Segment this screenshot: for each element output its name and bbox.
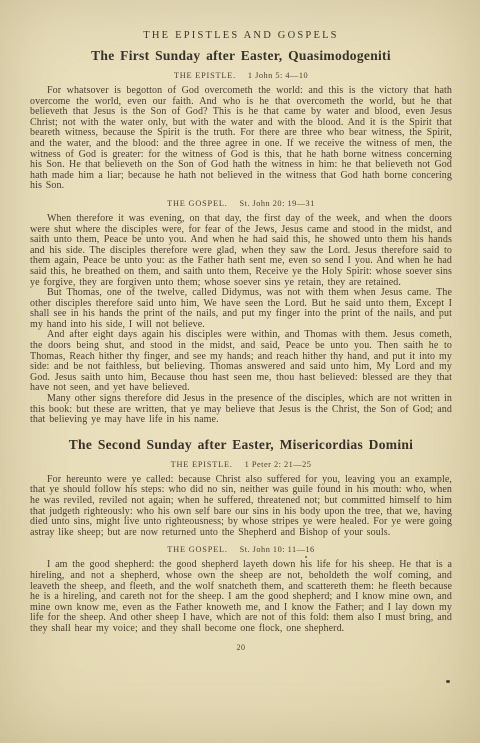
reading-label: THE GOSPEL. xyxy=(167,199,227,208)
paragraph: For whatsover is begotton of God overcom… xyxy=(30,86,452,192)
reading-reference: St. John 10: 11—16 xyxy=(240,545,315,554)
section-second-sunday: The Second Sunday after Easter, Miserico… xyxy=(30,437,452,635)
section-first-sunday: The First Sunday after Easter, Quasimodo… xyxy=(30,48,452,426)
scan-speck xyxy=(305,556,307,558)
paragraph: And after eight days again his disciples… xyxy=(30,330,452,394)
paragraph: But Thomas, one of the twelve, called Di… xyxy=(30,288,452,330)
running-head: THE EPISTLES AND GOSPELS xyxy=(30,30,452,41)
paragraph: When therefore it was evening, on that d… xyxy=(30,214,452,288)
reading-reference: 1 Peter 2: 21—25 xyxy=(245,460,312,469)
section-title: The First Sunday after Easter, Quasimodo… xyxy=(30,48,452,64)
paragraph: I am the good shepherd: the good shepher… xyxy=(30,560,452,634)
scan-speck xyxy=(446,680,450,683)
reading-label: THE EPISTLE. xyxy=(171,460,233,469)
reading-caption: THE EPISTLE. 1 John 5: 4—10 xyxy=(30,71,452,80)
reading-caption: THE EPISTLE. 1 Peter 2: 21—25 xyxy=(30,460,452,469)
section-title: The Second Sunday after Easter, Miserico… xyxy=(30,437,452,453)
reading-reference: 1 John 5: 4—10 xyxy=(248,71,308,80)
reading-caption: THE GOSPEL. St. John 10: 11—16 xyxy=(30,545,452,554)
reading-caption: THE GOSPEL. St. John 20: 19—31 xyxy=(30,199,452,208)
paragraph: Many other signs therefore did Jesus in … xyxy=(30,394,452,426)
reading-label: THE GOSPEL. xyxy=(167,545,227,554)
page-number: 20 xyxy=(30,643,452,652)
reading-reference: St. John 20: 19—31 xyxy=(239,199,314,208)
paragraph: For hereunto were ye called: because Chr… xyxy=(30,475,452,539)
reading-label: THE EPISTLE. xyxy=(174,71,236,80)
book-page: THE EPISTLES AND GOSPELS The First Sunda… xyxy=(0,0,480,743)
